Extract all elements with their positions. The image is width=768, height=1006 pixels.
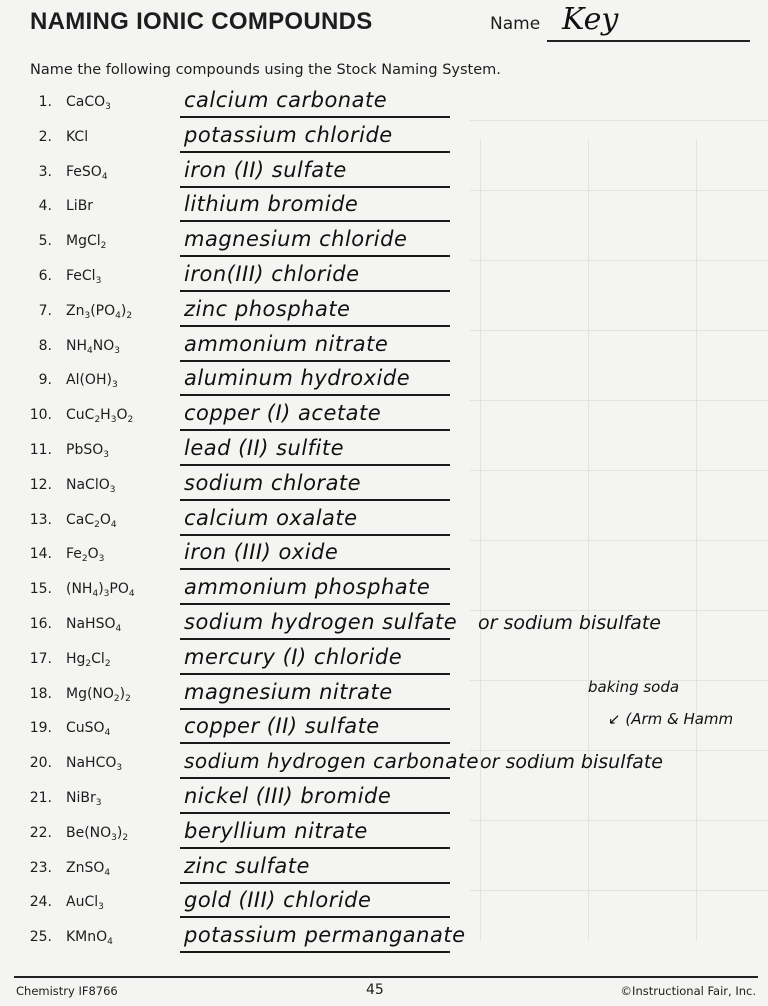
compound-row: 8.NH4NO3ammonium nitrate [0, 330, 768, 364]
item-number: 10. [24, 407, 52, 423]
chemical-formula: NaHSO4 [66, 616, 121, 634]
answer-line [180, 255, 450, 257]
chemical-formula: NaHCO3 [66, 755, 122, 773]
arm-hammer-note: ↙ (Arm & Hamm [608, 710, 733, 728]
chemical-formula: Al(OH)3 [66, 372, 118, 390]
compound-row: 24.AuCl3gold (III) chloride [0, 886, 768, 920]
answer-line [180, 916, 450, 918]
chemical-formula: Hg2Cl2 [66, 651, 111, 669]
chemical-formula: FeSO4 [66, 164, 108, 182]
instructions: Name the following compounds using the S… [30, 62, 501, 78]
handwritten-answer: lithium bromide [184, 192, 358, 216]
item-number: 20. [24, 755, 52, 771]
compound-row: 22.Be(NO3)2beryllium nitrate [0, 817, 768, 851]
handwritten-answer: potassium permanganate [184, 923, 466, 947]
item-number: 1. [24, 94, 52, 110]
item-number: 22. [24, 825, 52, 841]
name-value: Key [562, 2, 618, 37]
answer-line [180, 638, 450, 640]
item-number: 19. [24, 720, 52, 736]
compound-row: 6.FeCl3iron(III) chloride [0, 260, 768, 294]
handwritten-answer: sodium chlorate [184, 471, 361, 495]
answer-line [180, 777, 450, 779]
answer-line [180, 708, 450, 710]
compound-row: 17.Hg2Cl2mercury (I) chloride [0, 643, 768, 677]
chemical-formula: Zn3(PO4)2 [66, 303, 132, 321]
compound-row: 4.LiBrlithium bromide [0, 190, 768, 224]
chemical-formula: KCl [66, 129, 88, 145]
answer-line [180, 151, 450, 153]
chemical-formula: CaC2O4 [66, 512, 117, 530]
answer-line [180, 673, 450, 675]
handwritten-answer: sodium hydrogen sulfate [184, 610, 457, 634]
compound-row: 9.Al(OH)3aluminum hydroxide [0, 364, 768, 398]
chemical-formula: NH4NO3 [66, 338, 120, 356]
compound-row: 3.FeSO4iron (II) sulfate [0, 156, 768, 190]
answer-line [180, 847, 450, 849]
handwritten-alt-name: or sodium bisulfate [480, 751, 663, 773]
chemical-formula: Mg(NO2)2 [66, 686, 131, 704]
footer-copyright: ©Instructional Fair, Inc. [621, 984, 756, 998]
item-number: 12. [24, 477, 52, 493]
handwritten-answer: lead (II) sulfite [184, 436, 344, 460]
page-number: 45 [366, 982, 384, 998]
chemical-formula: CuSO4 [66, 720, 110, 738]
handwritten-answer: magnesium nitrate [184, 680, 393, 704]
handwritten-answer: gold (III) chloride [184, 888, 371, 912]
handwritten-answer: calcium oxalate [184, 506, 358, 530]
compound-row: 16.NaHSO4sodium hydrogen sulfateor sodiu… [0, 608, 768, 642]
item-number: 21. [24, 790, 52, 806]
answer-line [180, 882, 450, 884]
compound-row: 11.PbSO3lead (II) sulfite [0, 434, 768, 468]
item-number: 24. [24, 894, 52, 910]
handwritten-answer: aluminum hydroxide [184, 366, 410, 390]
item-number: 17. [24, 651, 52, 667]
handwritten-answer: potassium chloride [184, 123, 393, 147]
compound-row: 7.Zn3(PO4)2zinc phosphate [0, 295, 768, 329]
handwritten-answer: magnesium chloride [184, 227, 407, 251]
handwritten-answer: zinc phosphate [184, 297, 350, 321]
item-number: 8. [24, 338, 52, 354]
compound-row: 5.MgCl2magnesium chloride [0, 225, 768, 259]
item-number: 14. [24, 546, 52, 562]
chemical-formula: ZnSO4 [66, 860, 110, 878]
answer-line [180, 951, 450, 953]
answer-line [180, 186, 450, 188]
answer-line [180, 534, 450, 536]
chemical-formula: LiBr [66, 198, 93, 214]
chemical-formula: NiBr3 [66, 790, 101, 808]
worksheet-title: NAMING IONIC COMPOUNDS [30, 8, 373, 36]
compound-row: 1.CaCO3calcium carbonate [0, 86, 768, 120]
name-field: Name Key [490, 10, 750, 42]
answer-line [180, 499, 450, 501]
footer-divider [14, 976, 758, 978]
chemical-formula: NaClO3 [66, 477, 115, 495]
compound-row: 25.KMnO4potassium permanganate [0, 921, 768, 955]
item-number: 9. [24, 372, 52, 388]
item-number: 4. [24, 198, 52, 214]
handwritten-answer: sodium hydrogen carbonate [184, 749, 479, 773]
item-number: 15. [24, 581, 52, 597]
compound-row: 20.NaHCO3sodium hydrogen carbonateor sod… [0, 747, 768, 781]
compound-row: 14.Fe2O3iron (III) oxide [0, 538, 768, 572]
handwritten-answer: nickel (III) bromide [184, 784, 391, 808]
compound-row: 23.ZnSO4zinc sulfate [0, 852, 768, 886]
handwritten-alt-name: or sodium bisulfate [478, 612, 661, 634]
item-number: 6. [24, 268, 52, 284]
footer-book-code: Chemistry IF8766 [16, 984, 118, 998]
answer-line [180, 812, 450, 814]
chemical-formula: PbSO3 [66, 442, 109, 460]
answer-line [180, 394, 450, 396]
item-number: 25. [24, 929, 52, 945]
handwritten-answer: calcium carbonate [184, 88, 387, 112]
answer-line [180, 220, 450, 222]
compound-row: 2.KClpotassium chloride [0, 121, 768, 155]
answer-line [180, 325, 450, 327]
chemical-formula: MgCl2 [66, 233, 106, 251]
handwritten-answer: ammonium phosphate [184, 575, 430, 599]
answer-line [180, 360, 450, 362]
answer-line [180, 464, 450, 466]
chemical-formula: KMnO4 [66, 929, 113, 947]
answer-line [180, 290, 450, 292]
item-number: 16. [24, 616, 52, 632]
handwritten-answer: mercury (I) chloride [184, 645, 402, 669]
compound-row: 13.CaC2O4calcium oxalate [0, 504, 768, 538]
item-number: 3. [24, 164, 52, 180]
answer-line [180, 116, 450, 118]
handwritten-answer: ammonium nitrate [184, 332, 388, 356]
chemical-formula: Fe2O3 [66, 546, 104, 564]
item-number: 23. [24, 860, 52, 876]
handwritten-answer: zinc sulfate [184, 854, 310, 878]
handwritten-answer: copper (II) sulfate [184, 714, 380, 738]
chemical-formula: FeCl3 [66, 268, 101, 286]
chemical-formula: CuC2H3O2 [66, 407, 133, 425]
item-number: 13. [24, 512, 52, 528]
item-number: 2. [24, 129, 52, 145]
compound-row: 10.CuC2H3O2copper (I) acetate [0, 399, 768, 433]
chemical-formula: Be(NO3)2 [66, 825, 128, 843]
compound-row: 21.NiBr3nickel (III) bromide [0, 782, 768, 816]
answer-line [180, 429, 450, 431]
name-underline [547, 40, 750, 42]
chemical-formula: (NH4)3PO4 [66, 581, 135, 599]
handwritten-answer: iron (II) sulfate [184, 158, 347, 182]
item-number: 5. [24, 233, 52, 249]
item-number: 18. [24, 686, 52, 702]
answer-line [180, 742, 450, 744]
name-label: Name [490, 14, 540, 34]
chemical-formula: AuCl3 [66, 894, 104, 912]
item-number: 7. [24, 303, 52, 319]
handwritten-answer: copper (I) acetate [184, 401, 381, 425]
handwritten-answer: iron (III) oxide [184, 540, 338, 564]
answer-line [180, 603, 450, 605]
item-number: 11. [24, 442, 52, 458]
compound-row: 15.(NH4)3PO4ammonium phosphate [0, 573, 768, 607]
handwritten-answer: beryllium nitrate [184, 819, 368, 843]
answer-line [180, 568, 450, 570]
handwritten-answer: iron(III) chloride [184, 262, 360, 286]
chemical-formula: CaCO3 [66, 94, 111, 112]
compound-row: 12.NaClO3sodium chlorate [0, 469, 768, 503]
baking-soda-note: baking soda [588, 678, 679, 696]
